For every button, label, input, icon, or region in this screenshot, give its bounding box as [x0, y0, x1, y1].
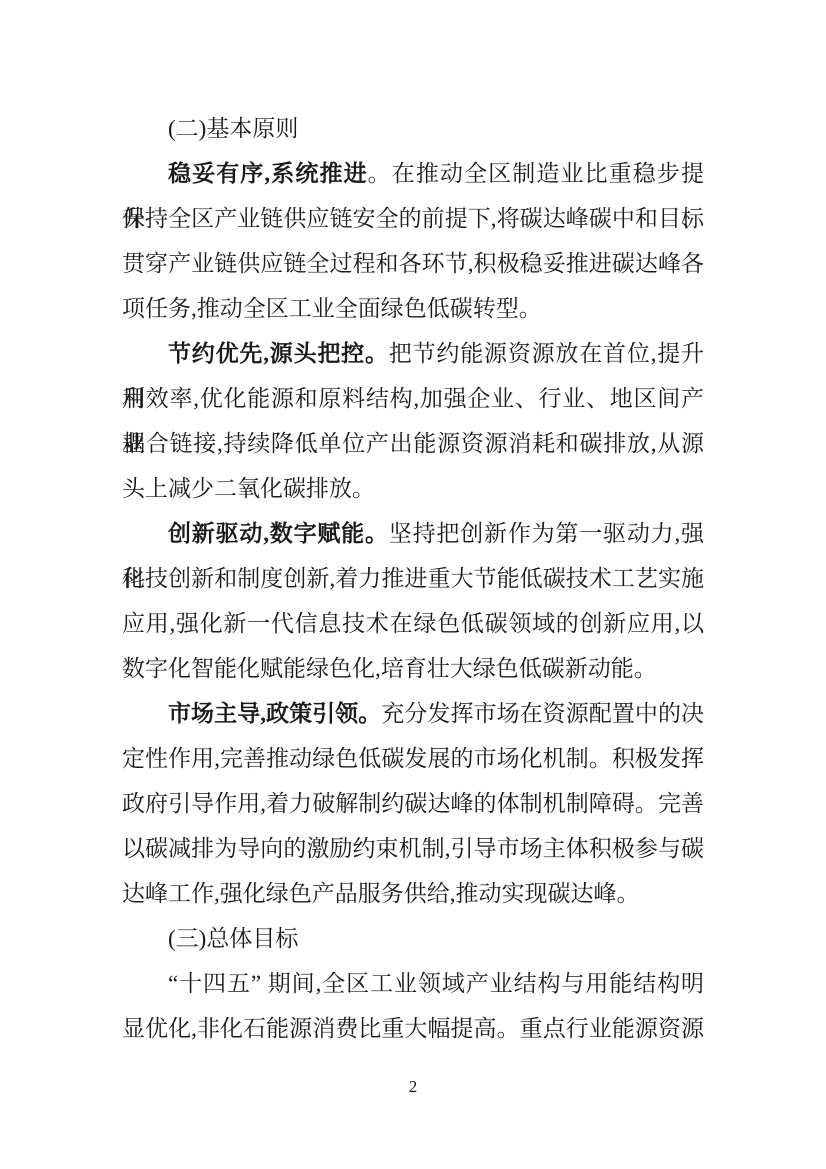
document-line: 耦合链接,持续降低单位产出能源资源消耗和碳排放,从源: [122, 421, 704, 466]
bold-lead-in: 市场主导,政策引领。: [168, 701, 381, 726]
bold-lead-in: 稳妥有序,系统推进: [168, 161, 368, 186]
document-line: 节约优先,源头把控。把节约能源资源放在首位,提升利: [122, 331, 704, 376]
text-segment: 保持全区产业链供应链安全的前提下,将碳达峰碳中和目标: [122, 206, 704, 231]
text-segment: 科技创新和制度创新,着力推进重大节能低碳技术工艺实施: [122, 566, 704, 591]
document-line: 用效率,优化能源和原料结构,加强企业、行业、地区间产业: [122, 376, 704, 421]
document-line: 保持全区产业链供应链安全的前提下,将碳达峰碳中和目标: [122, 196, 704, 241]
text-segment: 显优化,非化石能源消费比重大幅提高。重点行业能源资源: [122, 1016, 704, 1041]
text-segment: 政府引导作用,着力破解制约碳达峰的体制机制障碍。完善: [122, 791, 704, 816]
document-line: 应用,强化新一代信息技术在绿色低碳领域的创新应用,以: [122, 601, 704, 646]
page-number: 2: [0, 1076, 826, 1098]
text-segment: 头上减少二氧化碳排放。: [122, 476, 375, 501]
document-line: 稳妥有序,系统推进。在推动全区制造业比重稳步提升、: [122, 151, 704, 196]
text-segment: 充分发挥市场在资源配置中的决: [381, 701, 704, 726]
document-line: 贯穿产业链供应链全过程和各环节,积极稳妥推进碳达峰各: [122, 241, 704, 286]
document-line: 定性作用,完善推动绿色低碳发展的市场化机制。积极发挥: [122, 736, 704, 781]
text-segment: 以碳减排为导向的激励约束机制,引导市场主体积极参与碳: [122, 836, 704, 861]
document-line: 科技创新和制度创新,着力推进重大节能低碳技术工艺实施: [122, 556, 704, 601]
document-line: 达峰工作,强化绿色产品服务供给,推动实现碳达峰。: [122, 871, 704, 916]
text-segment: “十四五” 期间,全区工业领域产业结构与用能结构明: [168, 971, 704, 996]
document-line: 以碳减排为导向的激励约束机制,引导市场主体积极参与碳: [122, 826, 704, 871]
text-segment: 耦合链接,持续降低单位产出能源资源消耗和碳排放,从源: [122, 431, 704, 456]
document-line: 头上减少二氧化碳排放。: [122, 466, 704, 511]
text-segment: 贯穿产业链供应链全过程和各环节,积极稳妥推进碳达峰各: [122, 251, 704, 276]
document-line: 数字化智能化赋能绿色化,培育壮大绿色低碳新动能。: [122, 646, 704, 691]
text-segment: 数字化智能化赋能绿色化,培育壮大绿色低碳新动能。: [122, 656, 657, 681]
document-line: 项任务,推动全区工业全面绿色低碳转型。: [122, 286, 704, 331]
document-line: “十四五” 期间,全区工业领域产业结构与用能结构明: [122, 961, 704, 1006]
text-segment: 定性作用,完善推动绿色低碳发展的市场化机制。积极发挥: [122, 746, 704, 771]
document-body: (二)基本原则稳妥有序,系统推进。在推动全区制造业比重稳步提升、保持全区产业链供…: [122, 106, 704, 1051]
document-line: 政府引导作用,着力破解制约碳达峰的体制机制障碍。完善: [122, 781, 704, 826]
document-line: 显优化,非化石能源消费比重大幅提高。重点行业能源资源: [122, 1006, 704, 1051]
text-segment: (三)总体目标: [168, 926, 298, 951]
document-page: (二)基本原则稳妥有序,系统推进。在推动全区制造业比重稳步提升、保持全区产业链供…: [0, 0, 826, 1169]
bold-lead-in: 创新驱动,数字赋能。: [168, 521, 389, 546]
document-line: (二)基本原则: [122, 106, 704, 151]
text-segment: (二)基本原则: [168, 116, 298, 141]
bold-lead-in: 节约优先,源头把控。: [168, 341, 389, 366]
document-line: 市场主导,政策引领。充分发挥市场在资源配置中的决: [122, 691, 704, 736]
text-segment: 应用,强化新一代信息技术在绿色低碳领域的创新应用,以: [122, 611, 704, 636]
text-segment: 项任务,推动全区工业全面绿色低碳转型。: [122, 296, 542, 321]
document-line: 创新驱动,数字赋能。坚持把创新作为第一驱动力,强化: [122, 511, 704, 556]
text-segment: 达峰工作,强化绿色产品服务供给,推动实现碳达峰。: [122, 881, 640, 906]
document-line: (三)总体目标: [122, 916, 704, 961]
